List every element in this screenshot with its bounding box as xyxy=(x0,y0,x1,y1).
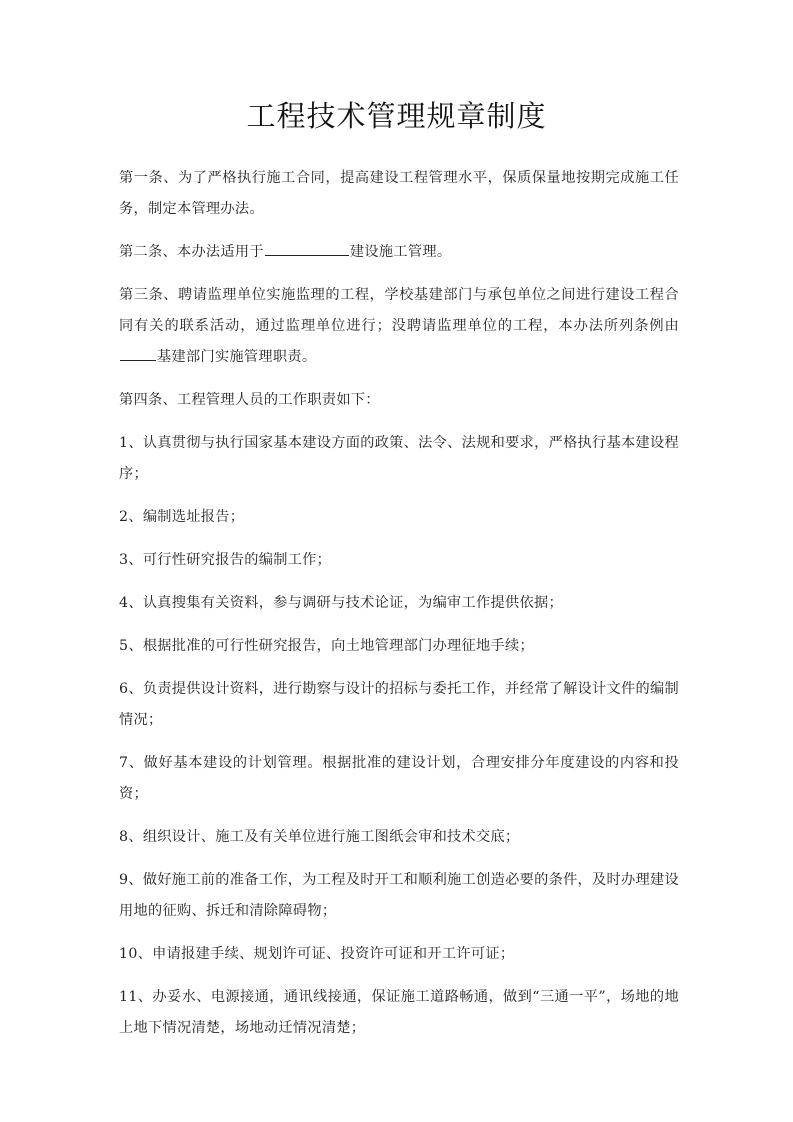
document-body: 第一条、为了严格执行施工合同，提高建设工程管理水平，保质保量地按期完成施工任务，… xyxy=(119,163,679,1056)
article-2-after: 建设施工管理。 xyxy=(350,244,451,260)
article-1: 第一条、为了严格执行施工合同，提高建设工程管理水平，保质保量地按期完成施工任务，… xyxy=(119,163,679,225)
duty-item: 11、办妥水、电源接通，通讯线接通，保证施工道路畅通，做到“三通一平”，场地的地… xyxy=(119,982,679,1044)
duty-item: 1、认真贯彻与执行国家基本建设方面的政策、法令、法规和要求，严格执行基本建设程序… xyxy=(119,428,679,490)
duty-item: 4、认真搜集有关资料，参与调研与技术论证，为编审工作提供依据； xyxy=(119,588,679,619)
duty-item: 6、负责提供设计资料，进行勘察与设计的招标与委托工作，并经常了解设计文件的编制情… xyxy=(119,674,679,736)
duty-item: 2、编制选址报告； xyxy=(119,502,679,533)
article-3-part-b: 基建部门实施管理职责。 xyxy=(157,349,316,365)
duty-item: 7、做好基本建设的计划管理。根据批准的建设计划，合理安排分年度建设的内容和投资； xyxy=(119,748,679,810)
article-4: 第四条、工程管理人员的工作职责如下： xyxy=(119,385,679,416)
article-3: 第三条、聘请监理单位实施监理的工程，学校基建部门与承包单位之间进行建设工程合同有… xyxy=(119,280,679,373)
duty-item: 9、做好施工前的准备工作，为工程及时开工和顺利施工创造必要的条件，及时办理建设用… xyxy=(119,865,679,927)
article-3-part-a: 第三条、聘请监理单位实施监理的工程，学校基建部门与承包单位之间进行建设工程合同有… xyxy=(119,287,679,334)
duty-item: 3、可行性研究报告的编制工作； xyxy=(119,545,679,576)
document-title: 工程技术管理规章制度 xyxy=(0,96,793,136)
duty-item: 5、根据批准的可行性研究报告，向土地管理部门办理征地手续； xyxy=(119,631,679,662)
duty-item: 10、申请报建手续、规划许可证、投资许可证和开工许可证； xyxy=(119,939,679,970)
article-2-before: 第二条、本办法适用于 xyxy=(119,244,264,260)
duty-item: 8、组织设计、施工及有关单位进行施工图纸会审和技术交底； xyxy=(119,822,679,853)
document-page: 工程技术管理规章制度 第一条、为了严格执行施工合同，提高建设工程管理水平，保质保… xyxy=(0,0,793,1122)
fill-in-blank xyxy=(120,346,156,361)
article-2: 第二条、本办法适用于建设施工管理。 xyxy=(119,237,679,268)
fill-in-blank xyxy=(265,241,349,256)
